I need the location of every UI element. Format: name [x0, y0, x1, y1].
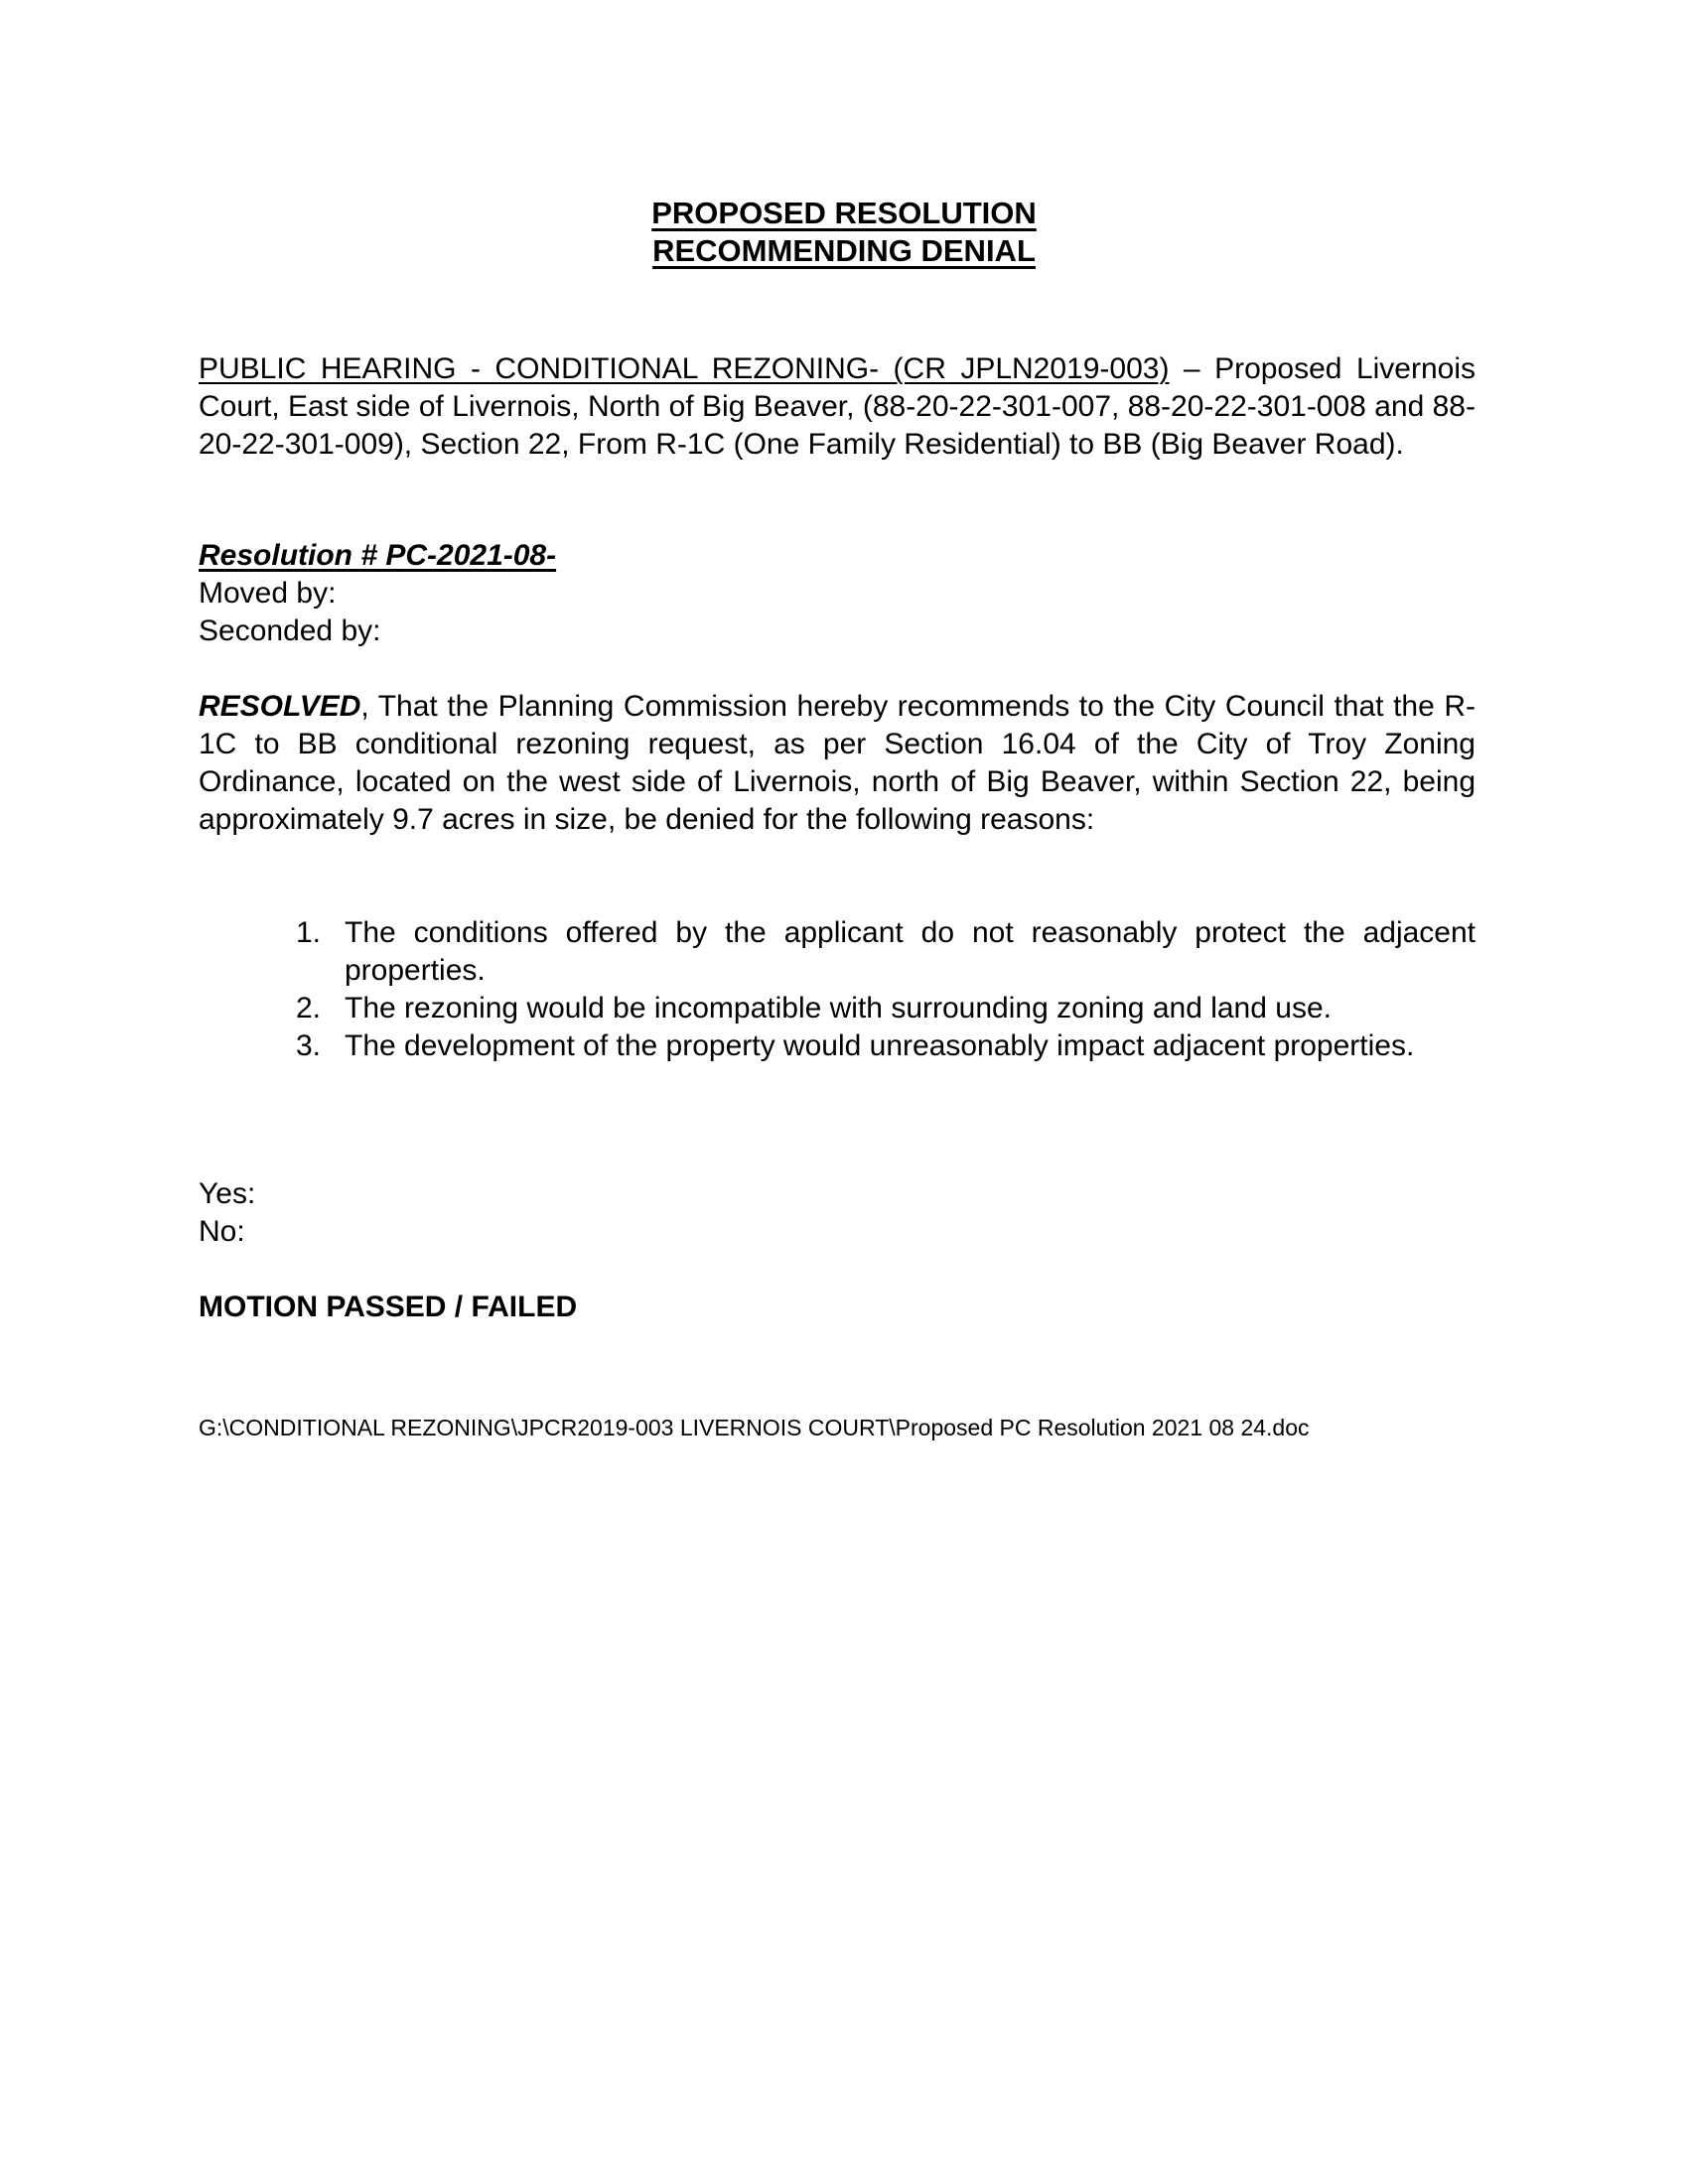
- reason-text: The conditions offered by the applicant …: [345, 916, 1476, 987]
- resolution-block: Resolution # PC-2021-08- Moved by: Secon…: [199, 537, 1476, 650]
- reason-item: 2.The rezoning would be incompatible wit…: [296, 990, 1476, 1027]
- reason-text: The rezoning would be incompatible with …: [345, 992, 1332, 1024]
- reason-number: 2.: [296, 990, 321, 1027]
- yes-label: Yes:: [199, 1175, 1476, 1213]
- resolved-keyword: RESOLVED: [199, 690, 360, 723]
- reason-item: 1.The conditions offered by the applican…: [296, 914, 1476, 990]
- reason-item: 3.The development of the property would …: [296, 1027, 1476, 1065]
- title-line-1: PROPOSED RESOLUTION: [651, 195, 1037, 232]
- motion-result: MOTION PASSED / FAILED: [199, 1289, 1476, 1326]
- public-hearing-paragraph: PUBLIC HEARING - CONDITIONAL REZONING- (…: [199, 350, 1476, 464]
- moved-by-label: Moved by:: [199, 575, 1476, 613]
- reason-number: 1.: [296, 914, 321, 952]
- votes-block: Yes: No:: [199, 1175, 1476, 1251]
- reason-number: 3.: [296, 1027, 321, 1065]
- resolved-text: , That the Planning Commission hereby re…: [199, 690, 1476, 836]
- title-line-2: RECOMMENDING DENIAL: [652, 232, 1036, 270]
- seconded-by-label: Seconded by:: [199, 613, 1476, 650]
- no-label: No:: [199, 1213, 1476, 1251]
- reasons-list: 1.The conditions offered by the applican…: [296, 914, 1476, 1065]
- reason-text: The development of the property would un…: [345, 1029, 1414, 1062]
- resolved-paragraph: RESOLVED, That the Planning Commission h…: [199, 688, 1476, 839]
- document-page: PROPOSED RESOLUTION RECOMMENDING DENIAL …: [0, 0, 1688, 2184]
- resolution-number: Resolution # PC-2021-08-: [199, 539, 556, 572]
- document-title: PROPOSED RESOLUTION RECOMMENDING DENIAL: [0, 195, 1688, 270]
- hearing-label: PUBLIC HEARING - CONDITIONAL REZONING- (…: [199, 352, 1169, 385]
- file-path-footer: G:\CONDITIONAL REZONING\JPCR2019-003 LIV…: [199, 1414, 1310, 1441]
